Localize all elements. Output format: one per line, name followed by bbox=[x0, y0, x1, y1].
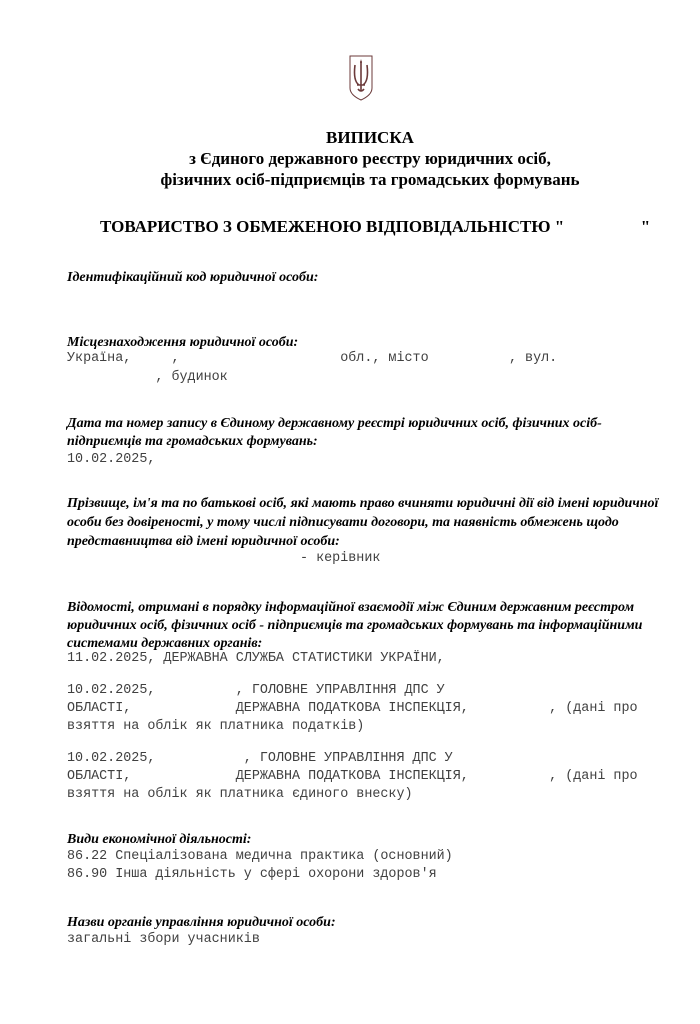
registration-label-line1: Дата та номер запису в Єдиному державном… bbox=[67, 414, 667, 433]
authorized-value: - керівник bbox=[67, 550, 380, 568]
governing-bodies-value: загальні збори учасників bbox=[67, 931, 260, 949]
document-title: ВИПИСКА bbox=[0, 127, 700, 148]
interaction-entry1: 11.02.2025, ДЕРЖАВНА СЛУЖБА СТАТИСТИКИ У… bbox=[67, 650, 445, 668]
activity-item: 86.22 Спеціалізована медична практика (о… bbox=[67, 848, 453, 866]
organization-name: ТОВАРИСТВО З ОБМЕЖЕНОЮ ВІДПОВІДАЛЬНІСТЮ … bbox=[100, 217, 650, 237]
authorized-label-line3: представництва від імені юридичної особи… bbox=[67, 532, 667, 551]
governing-bodies-label: Назви органів управління юридичної особи… bbox=[67, 913, 667, 932]
interaction-label-line1: Відомості, отримані в порядку інформацій… bbox=[67, 598, 667, 617]
id-code-label: Ідентифікаційний код юридичної особи: bbox=[67, 268, 667, 287]
interaction-entry2-line2: ОБЛАСТІ, ДЕРЖАВНА ПОДАТКОВА ІНСПЕКЦІЯ, ,… bbox=[67, 700, 638, 718]
interaction-entry2-line1: 10.02.2025, , ГОЛОВНЕ УПРАВЛІННЯ ДПС У bbox=[67, 682, 445, 700]
interaction-label-line2: юридичних осіб, фізичних осіб - підприєм… bbox=[67, 616, 667, 635]
authorized-label-line1: Прізвище, ім'я та по батькові осіб, які … bbox=[67, 494, 667, 513]
registration-label-line2: підприємців та громадських формувань: bbox=[67, 432, 667, 451]
document-subtitle-line2: фізичних осіб-підприємців та громадських… bbox=[0, 169, 700, 190]
interaction-entry3-line2: ОБЛАСТІ, ДЕРЖАВНА ПОДАТКОВА ІНСПЕКЦІЯ, ,… bbox=[67, 768, 638, 786]
document-subtitle-line1: з Єдиного державного реєстру юридичних о… bbox=[0, 148, 700, 169]
authorized-label-line2: особи без довіреності, у тому числі підп… bbox=[67, 513, 667, 532]
interaction-entry3-line1: 10.02.2025, , ГОЛОВНЕ УПРАВЛІННЯ ДПС У bbox=[67, 750, 453, 768]
registration-value: 10.02.2025, bbox=[67, 451, 155, 469]
document-header: ВИПИСКА з Єдиного державного реєстру юри… bbox=[0, 127, 700, 190]
activities-label: Види економічної діяльності: bbox=[67, 830, 667, 849]
location-line2: , будинок bbox=[67, 369, 228, 387]
extract-document: ВИПИСКА з Єдиного державного реєстру юри… bbox=[0, 0, 700, 1024]
interaction-entry3-line3: взяття на облік як платника єдиного внес… bbox=[67, 786, 413, 804]
activity-item: 86.90 Інша діяльність у сфері охорони зд… bbox=[67, 866, 437, 884]
interaction-entry2-line3: взяття на облік як платника податків) bbox=[67, 718, 364, 736]
ukraine-trident-icon bbox=[349, 55, 373, 101]
location-line1: Україна, , обл., місто , вул. bbox=[67, 350, 557, 368]
